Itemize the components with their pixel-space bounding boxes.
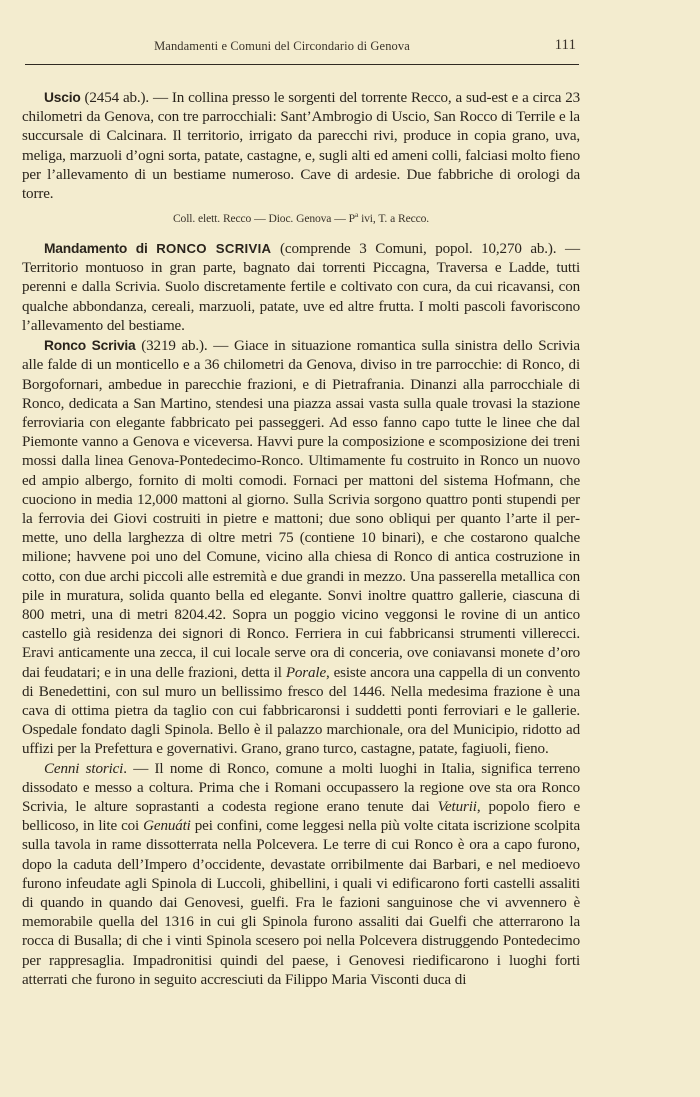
lemma-mandamento-name: RONCO SCRIVIA	[156, 241, 271, 256]
lemma-uscio: Uscio	[44, 90, 81, 105]
italic-porale: Porale	[286, 665, 326, 681]
paragraph-mandamento: Mandamento di RONCO SCRIVIA (comprende 3…	[22, 239, 580, 336]
note-text: Coll. elett. Recco — Dioc. Genova — P	[173, 212, 355, 225]
paragraph-cenni-storici: Cenni storici. — Il nome di Ronco, comun…	[22, 760, 580, 990]
lemma-mandamento: Mandamento di	[44, 241, 156, 256]
cenni-text-3: pei confini, come leggesi nella più volt…	[22, 818, 580, 988]
note-text-end: ivi, T. a Recco.	[358, 212, 429, 225]
paragraph-ronco-text: (3219 ab.). — Giace in situazione romant…	[22, 338, 580, 680]
italic-veturii: Veturii	[438, 799, 477, 815]
lemma-ronco: Ronco Scrivia	[44, 338, 136, 353]
paragraph-uscio: Uscio (2454 ab.). — In collina presso le…	[22, 88, 580, 204]
paragraph-ronco: Ronco Scrivia (3219 ab.). — Giace in sit…	[22, 336, 580, 759]
header-rule	[25, 64, 579, 65]
page-number: 111	[555, 37, 576, 54]
electoral-note-uscio: Coll. elett. Recco — Dioc. Genova — Pa i…	[22, 205, 580, 228]
running-head: Mandamenti e Comuni del Circondario di G…	[22, 37, 580, 57]
cenni-storici-label: Cenni storici	[44, 761, 123, 777]
italic-genuati: Genuáti	[143, 818, 191, 834]
body-text: Uscio (2454 ab.). — In collina presso le…	[22, 88, 580, 990]
paragraph-uscio-text: (2454 ab.). — In collina presso le sorge…	[22, 90, 580, 202]
running-title: Mandamenti e Comuni del Circondario di G…	[22, 39, 542, 54]
